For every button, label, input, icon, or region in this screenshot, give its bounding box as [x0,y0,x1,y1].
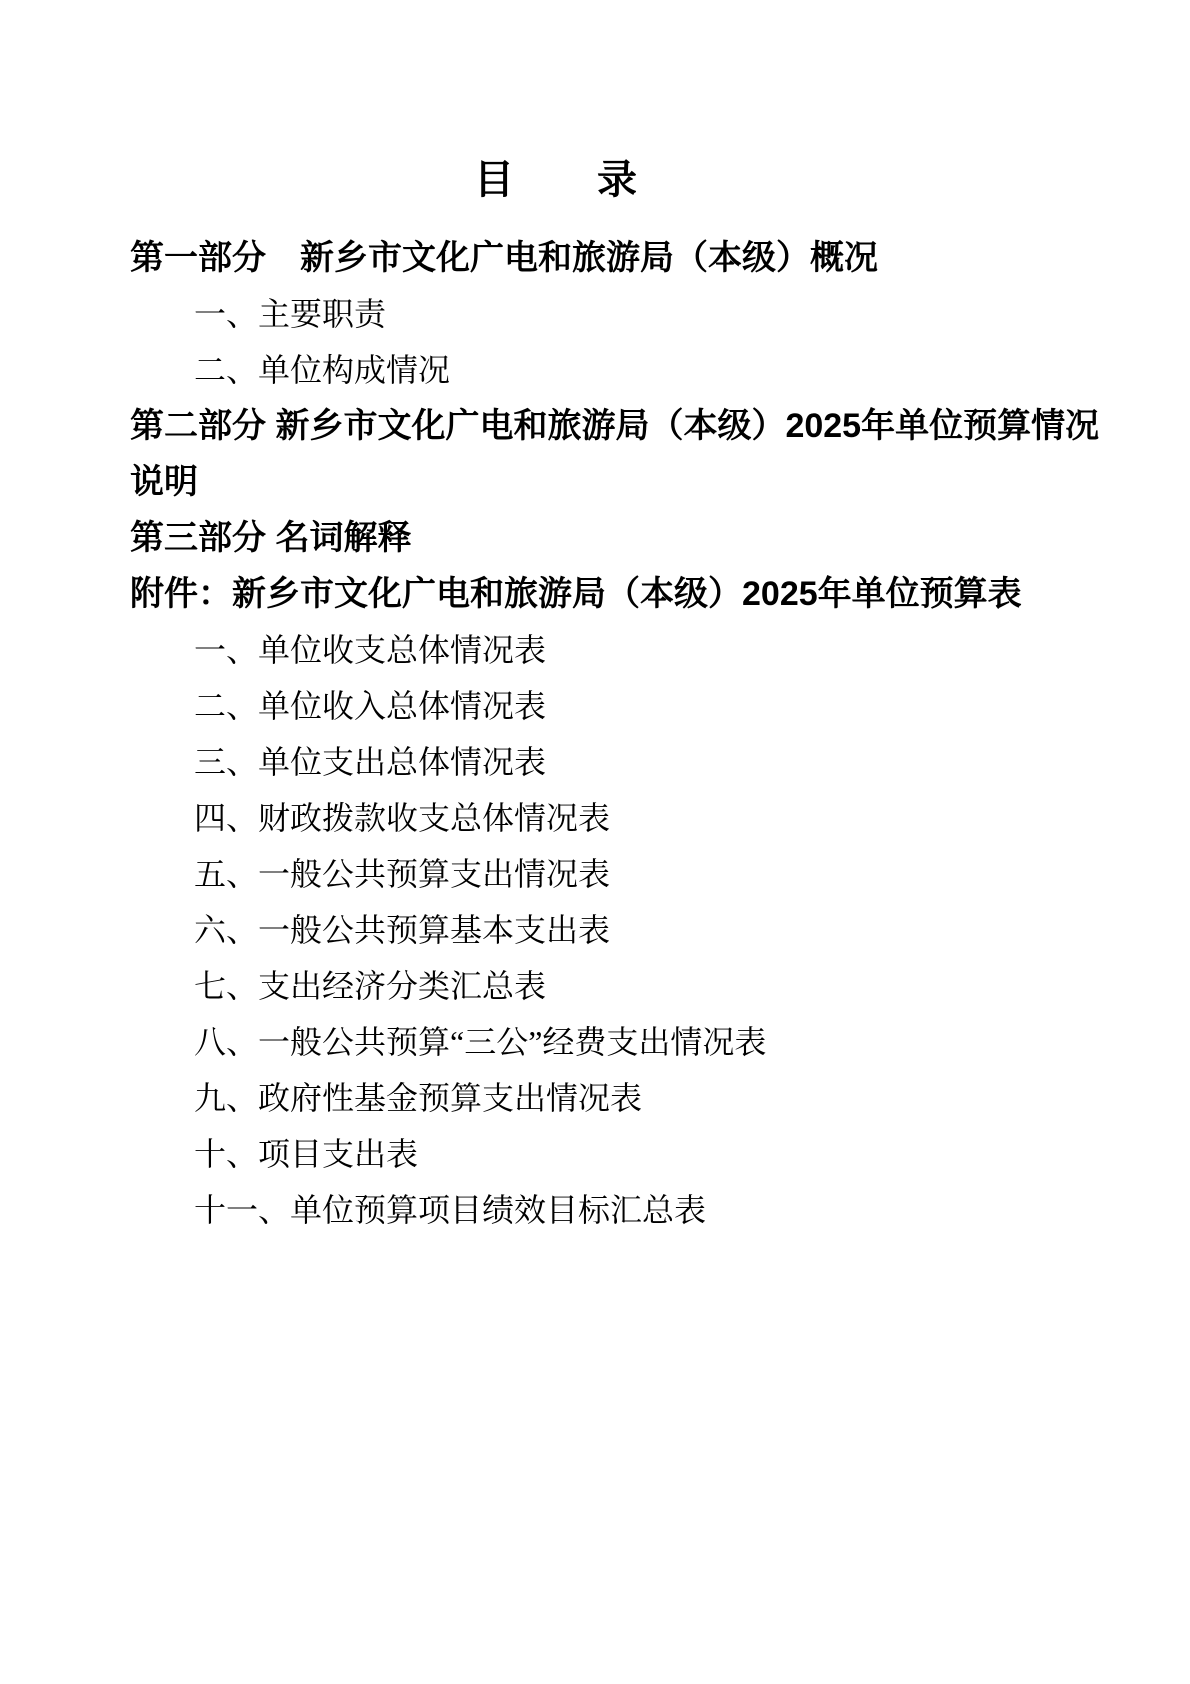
toc-part2-heading-line2: 说明 [130,454,1066,510]
toc-attachment-item-11: 十一、单位预算项目绩效目标汇总表 [130,1182,1066,1238]
toc-attachment-item-5: 五、一般公共预算支出情况表 [130,846,1066,902]
toc-attachment-item-9: 九、政府性基金预算支出情况表 [130,1070,1066,1126]
toc-attachment-item-6: 六、一般公共预算基本支出表 [130,902,1066,958]
document-page: 目 录 第一部分 新乡市文化广电和旅游局（本级）概况 一、主要职责 二、单位构成… [0,0,1190,1684]
toc-attachment-heading: 附件：新乡市文化广电和旅游局（本级）2025年单位预算表 [130,566,1066,622]
toc-attachment-item-7: 七、支出经济分类汇总表 [130,958,1066,1014]
page-title: 目 录 [130,152,1066,208]
toc-part1-heading: 第一部分 新乡市文化广电和旅游局（本级）概况 [130,230,1066,286]
toc-part2-heading-line1: 第二部分 新乡市文化广电和旅游局（本级）2025年单位预算情况 [130,398,1066,454]
toc-attachment-item-4: 四、财政拨款收支总体情况表 [130,790,1066,846]
table-of-contents: 第一部分 新乡市文化广电和旅游局（本级）概况 一、主要职责 二、单位构成情况 第… [130,230,1066,1238]
toc-attachment-item-3: 三、单位支出总体情况表 [130,734,1066,790]
toc-part3-heading: 第三部分 名词解释 [130,510,1066,566]
toc-attachment-item-10: 十、项目支出表 [130,1126,1066,1182]
toc-part1-item-1: 一、主要职责 [130,286,1066,342]
toc-attachment-item-8: 八、一般公共预算“三公”经费支出情况表 [130,1014,1066,1070]
toc-content: 目 录 第一部分 新乡市文化广电和旅游局（本级）概况 一、主要职责 二、单位构成… [0,0,1190,1238]
toc-attachment-item-1: 一、单位收支总体情况表 [130,622,1066,678]
toc-part1-item-2: 二、单位构成情况 [130,342,1066,398]
toc-attachment-item-2: 二、单位收入总体情况表 [130,678,1066,734]
